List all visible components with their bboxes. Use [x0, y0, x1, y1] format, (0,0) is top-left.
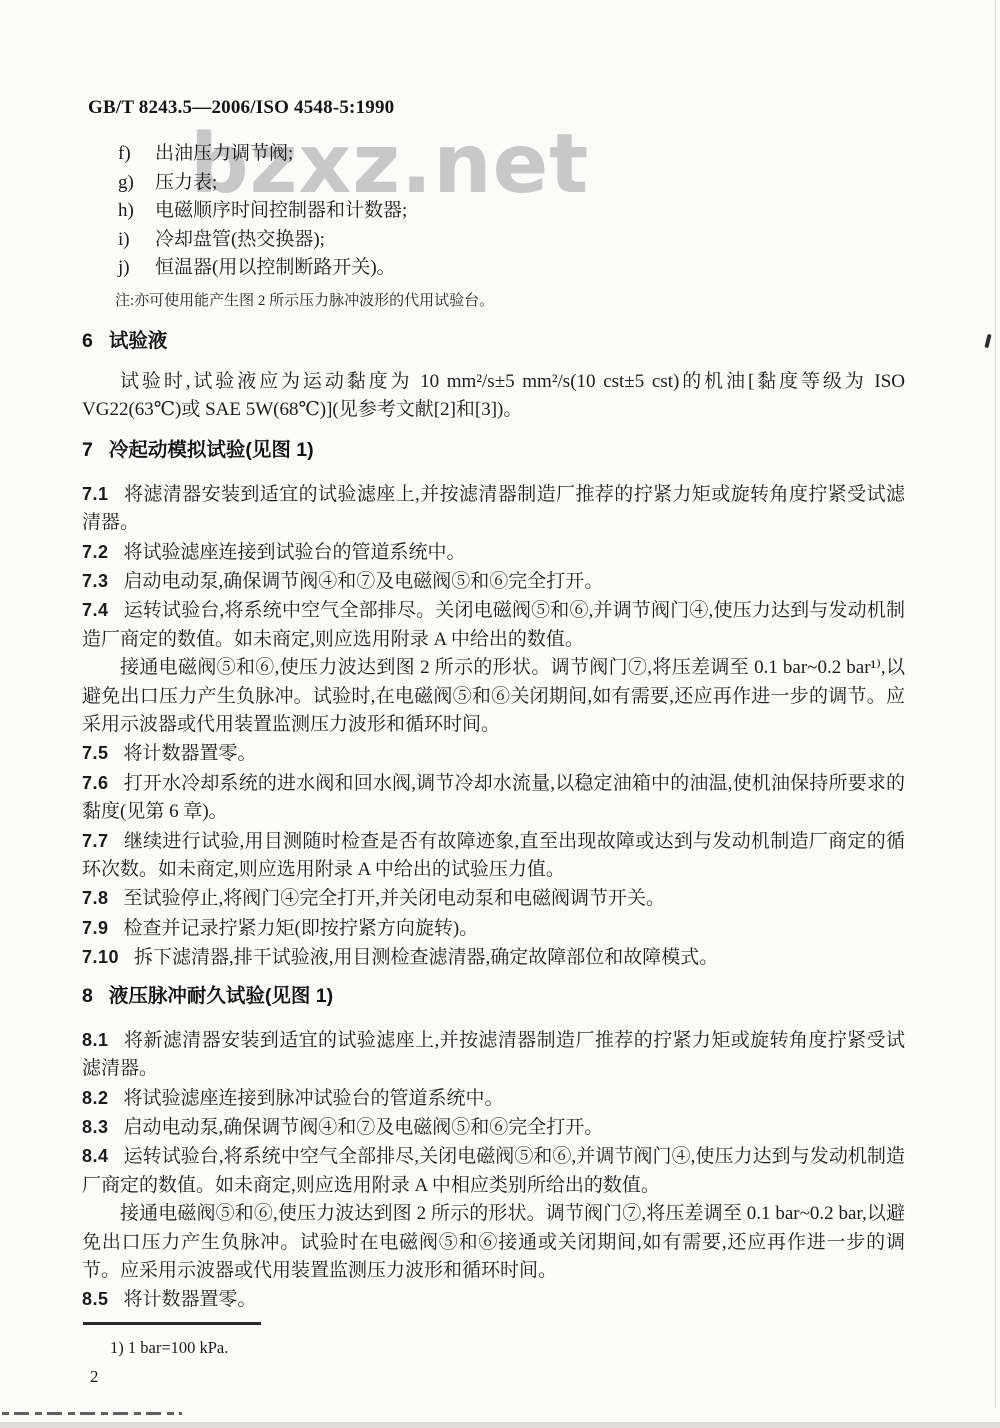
list-item-text: 压力表;: [155, 172, 217, 193]
scanned-document-page: bzxz.net GB/T 8243.5—2006/ISO 4548-5:199…: [0, 0, 1000, 1428]
clause-text: 检查并记录拧紧力矩(即按拧紧方向旋转)。: [124, 918, 479, 939]
clause-text: 将计数器置零。: [124, 743, 257, 764]
clause-text: 将试验滤座连接到脉冲试验台的管道系统中。: [124, 1088, 504, 1109]
section-6-paragraph: 试验时,试验液应为运动黏度为 10 mm²/s±5 mm²/s(10 cst±5…: [82, 368, 905, 425]
list-item-label: j): [118, 254, 155, 283]
clause-number: 7.3: [82, 571, 124, 591]
clause-8-4: 8.4运转试验台,将系统中空气全部排尽,关闭电磁阀⑤和⑥,并调节阀门④,使压力达…: [82, 1142, 905, 1200]
clause-7-9: 7.9检查并记录拧紧力矩(即按拧紧方向旋转)。: [82, 914, 905, 943]
clause-number: 7.1: [82, 484, 124, 504]
standard-number-header: GB/T 8243.5—2006/ISO 4548-5:1990: [88, 0, 905, 119]
clause-text: 至试验停止,将阀门④完全打开,并关闭电动泵和电磁阀调节开关。: [124, 888, 666, 909]
clause-number: 8.1: [82, 1030, 124, 1050]
list-item: g)压力表;: [118, 169, 905, 198]
section-title: 冷起动模拟试验(见图 1): [109, 439, 314, 461]
clause-number: 7.2: [82, 542, 124, 562]
section-7-heading: 7冷起动模拟试验(见图 1): [82, 439, 905, 462]
page-content: GB/T 8243.5—2006/ISO 4548-5:1990 f)出油压力调…: [0, 0, 1000, 1387]
section-8-heading: 8液压脉冲耐久试验(见图 1): [82, 985, 905, 1008]
list-item-label: f): [118, 140, 155, 169]
clause-8-2: 8.2将试验滤座连接到脉冲试验台的管道系统中。: [82, 1084, 905, 1113]
clause-number: 7.7: [82, 831, 124, 851]
footnote-text: 1) 1 bar=100 kPa.: [110, 1338, 905, 1358]
clause-text: 运转试验台,将系统中空气全部排尽,关闭电磁阀⑤和⑥,并调节阀门④,使压力达到与发…: [82, 1146, 905, 1195]
list-item-label: g): [118, 169, 155, 198]
section-6-heading: 6试验液: [82, 330, 905, 353]
clause-7-5: 7.5将计数器置零。: [82, 739, 905, 768]
list-item: i)冷却盘管(热交换器);: [118, 226, 905, 255]
section-8-clauses: 8.1将新滤清器安装到适宜的试验滤座上,并按滤清器制造厂推荐的拧紧力矩或旋转角度…: [82, 1026, 905, 1315]
list-item-text: 恒温器(用以控制断路开关)。: [155, 257, 396, 278]
clause-number: 7.9: [82, 918, 124, 938]
clause-text: 启动电动泵,确保调节阀④和⑦及电磁阀⑤和⑥完全打开。: [124, 1117, 604, 1138]
scan-smudge-artifact: [2, 1412, 182, 1415]
clause-7-4-paragraph-2: 接通电磁阀⑤和⑥,使压力波达到图 2 所示的形状。调节阀门⑦,将压差调至 0.1…: [82, 654, 905, 739]
clause-text: 将试验滤座连接到试验台的管道系统中。: [124, 542, 466, 563]
clause-text: 继续进行试验,用目测随时检查是否有故障迹象,直至出现故障或达到与发动机制造厂商定…: [82, 831, 905, 880]
clause-number: 8.3: [82, 1117, 124, 1137]
clause-8-5: 8.5将计数器置零。: [82, 1285, 905, 1314]
clause-7-8: 7.8至试验停止,将阀门④完全打开,并关闭电动泵和电磁阀调节开关。: [82, 884, 905, 913]
equipment-list: f)出油压力调节阀; g)压力表; h)电磁顺序时间控制器和计数器; i)冷却盘…: [118, 140, 905, 283]
clause-7-7: 7.7继续进行试验,用目测随时检查是否有故障迹象,直至出现故障或达到与发动机制造…: [82, 827, 905, 885]
clause-8-4-paragraph-2: 接通电磁阀⑤和⑥,使压力波达到图 2 所示的形状。调节阀门⑦,将压差调至 0.1…: [82, 1200, 905, 1285]
list-item-label: i): [118, 226, 155, 255]
note-text: 注:亦可使用能产生图 2 所示压力脉冲波形的代用试验台。: [115, 292, 905, 311]
clause-7-10: 7.10拆下滤清器,排干试验液,用目测检查滤清器,确定故障部位和故障模式。: [82, 943, 905, 972]
clause-number: 7.4: [82, 600, 124, 620]
page-number: 2: [90, 1367, 905, 1387]
list-item-text: 电磁顺序时间控制器和计数器;: [155, 200, 407, 221]
section-title: 液压脉冲耐久试验(见图 1): [109, 985, 333, 1007]
clause-text: 启动电动泵,确保调节阀④和⑦及电磁阀⑤和⑥完全打开。: [124, 571, 604, 592]
clause-text: 将计数器置零。: [124, 1289, 257, 1310]
clause-7-6: 7.6打开水冷却系统的进水阀和回水阀,调节冷却水流量,以稳定油箱中的油温,使机油…: [82, 769, 905, 827]
clause-7-3: 7.3启动电动泵,确保调节阀④和⑦及电磁阀⑤和⑥完全打开。: [82, 567, 905, 596]
clause-7-2: 7.2将试验滤座连接到试验台的管道系统中。: [82, 538, 905, 567]
clause-8-1: 8.1将新滤清器安装到适宜的试验滤座上,并按滤清器制造厂推荐的拧紧力矩或旋转角度…: [82, 1026, 905, 1084]
clause-text: 打开水冷却系统的进水阀和回水阀,调节冷却水流量,以稳定油箱中的油温,使机油保持所…: [82, 773, 905, 822]
clause-text: 拆下滤清器,排干试验液,用目测检查滤清器,确定故障部位和故障模式。: [134, 947, 718, 968]
scan-bottom-edge: [0, 1422, 1000, 1428]
section-number: 6: [82, 330, 93, 352]
footnote-divider: [83, 1322, 261, 1325]
clause-text: 运转试验台,将系统中空气全部排尽。关闭电磁阀⑤和⑥,并调节阀门④,使压力达到与发…: [82, 600, 905, 649]
scan-edge-line: [995, 0, 996, 1408]
clause-text: 将滤清器安装到适宜的试验滤座上,并按滤清器制造厂推荐的拧紧力矩或旋转角度拧紧受试…: [82, 484, 905, 533]
list-item-label: h): [118, 197, 155, 226]
clause-number: 8.5: [82, 1289, 124, 1309]
clause-number: 7.5: [82, 743, 124, 763]
list-item: h)电磁顺序时间控制器和计数器;: [118, 197, 905, 226]
clause-number: 8.4: [82, 1146, 124, 1166]
list-item: f)出油压力调节阀;: [118, 140, 905, 169]
list-item-text: 冷却盘管(热交换器);: [155, 229, 325, 250]
section-7-clauses: 7.1将滤清器安装到适宜的试验滤座上,并按滤清器制造厂推荐的拧紧力矩或旋转角度拧…: [82, 480, 905, 973]
clause-number: 7.10: [82, 947, 134, 967]
section-number: 8: [82, 985, 93, 1007]
clause-7-1: 7.1将滤清器安装到适宜的试验滤座上,并按滤清器制造厂推荐的拧紧力矩或旋转角度拧…: [82, 480, 905, 538]
section-number: 7: [82, 439, 93, 461]
clause-number: 7.8: [82, 888, 124, 908]
clause-7-4: 7.4运转试验台,将系统中空气全部排尽。关闭电磁阀⑤和⑥,并调节阀门④,使压力达…: [82, 596, 905, 654]
list-item-text: 出油压力调节阀;: [155, 143, 293, 164]
clause-number: 7.6: [82, 773, 124, 793]
clause-8-3: 8.3启动电动泵,确保调节阀④和⑦及电磁阀⑤和⑥完全打开。: [82, 1113, 905, 1142]
list-item: j)恒温器(用以控制断路开关)。: [118, 254, 905, 283]
section-title: 试验液: [109, 330, 168, 352]
clause-number: 8.2: [82, 1088, 124, 1108]
clause-text: 将新滤清器安装到适宜的试验滤座上,并按滤清器制造厂推荐的拧紧力矩或旋转角度拧紧受…: [82, 1030, 905, 1079]
